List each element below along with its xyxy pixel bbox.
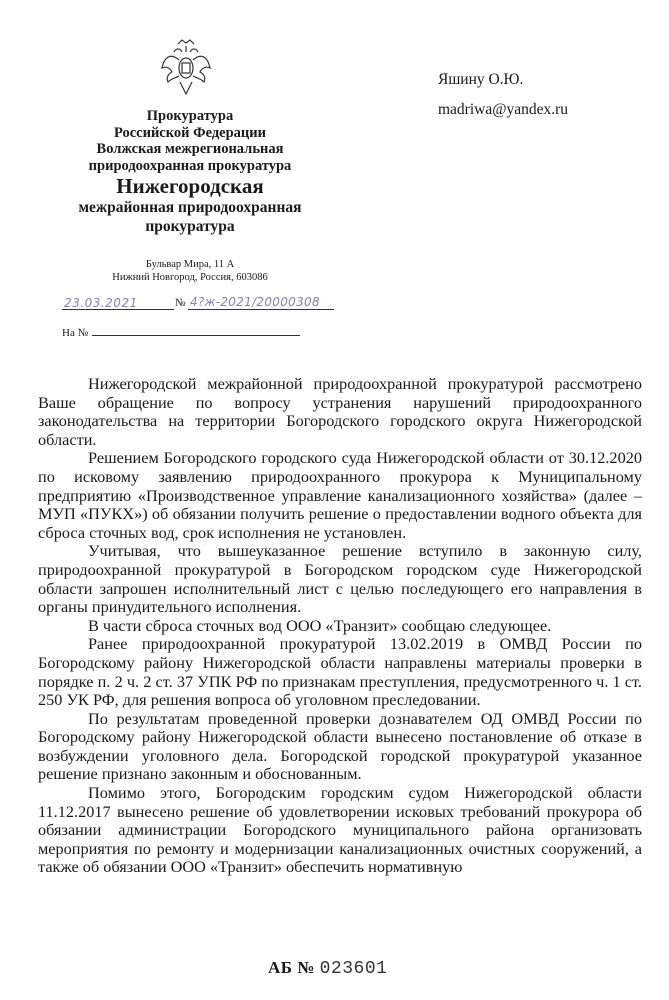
in-reply-underline [92,335,300,336]
letter-body: Нижегородской межрайонной природоохранно… [38,375,642,877]
form-series-number: АБ № 023601 [268,958,387,979]
address-line: Нижний Новгород, Россия, 603086 [40,271,340,284]
letter-page: Прокуратура Российской Федерации Волжска… [0,0,669,1000]
number-label: № [175,297,186,309]
outgoing-reference: 23.03.2021 № 4?ж-2021/20000308 [62,295,342,315]
office-sub-line: межрайонная природоохранная [40,198,340,217]
body-paragraph: В части сброса сточных вод ООО «Транзит»… [38,617,642,636]
header-line: Волжская межрегиональная [40,141,340,158]
in-reply-label: На № [62,327,88,339]
date-underline [62,309,174,310]
number-underline [188,309,334,310]
sender-address: Бульвар Мира, 11 А Нижний Новгород, Росс… [40,258,340,284]
sender-header: Прокуратура Российской Федерации Волжска… [40,108,340,236]
series-label: АБ № [268,958,315,977]
in-reply-to: На № [62,327,322,339]
header-line: Российской Федерации [40,125,340,142]
outgoing-date: 23.03.2021 [64,296,174,310]
office-name: Нижегородская [40,174,340,198]
recipient-email: madriwa@yandex.ru [438,95,568,125]
body-paragraph: Помимо этого, Богородским городским судо… [38,784,642,877]
coat-of-arms-icon [160,38,212,98]
body-paragraph: Нижегородской межрайонной природоохранно… [38,375,642,449]
series-number: 023601 [320,959,388,979]
office-sub-line: прокуратура [40,217,340,236]
body-paragraph: Решением Богородского городского суда Ни… [38,449,642,542]
address-line: Бульвар Мира, 11 А [40,258,340,271]
header-line: Прокуратура [40,108,340,125]
body-paragraph: Учитывая, что вышеуказанное решение всту… [38,542,642,616]
body-paragraph: Ранее природоохранной прокуратурой 13.02… [38,635,642,709]
outgoing-number: 4?ж-2021/20000308 [190,295,320,309]
header-line: природоохранная прокуратура [40,158,340,175]
body-paragraph: По результатам проведенной проверки дозн… [38,710,642,784]
recipient-block: Яшину О.Ю. madriwa@yandex.ru [438,65,568,125]
recipient-name: Яшину О.Ю. [438,65,568,95]
